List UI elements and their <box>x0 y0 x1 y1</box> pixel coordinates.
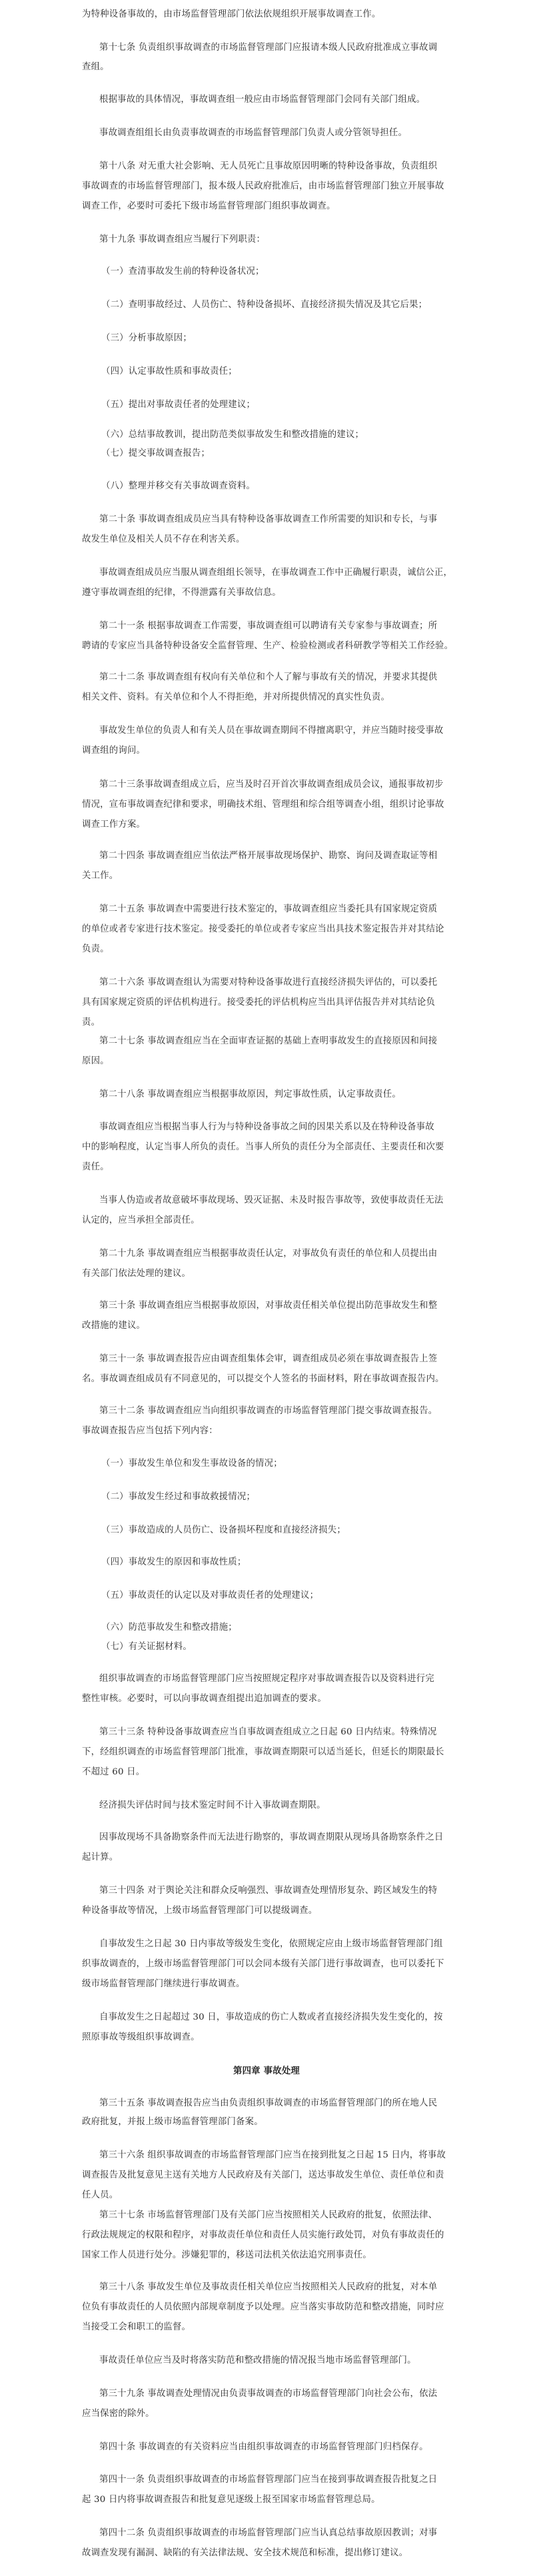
paragraph-first-line: 当事人伪造或者故意破坏事故现场、毁灭证据、未及时报告事故等，致使事故责任无法 <box>99 1195 479 1207</box>
text-line: 国家工作人员进行处分。涉嫌犯罪的，移送司法机关依法追究刑事责任。 <box>82 2250 462 2261</box>
list-item: （四）事故发生的原因和事故性质； <box>101 1557 481 1569</box>
paragraph-first-line: 第三十八条 事故发生单位及事故责任相关单位应当按照相关人民政府的批复，对本单 <box>99 2281 479 2293</box>
paragraph-first-line: 组织事故调查的市场监督管理部门应当按照规定程序对事故调查报告以及资料进行完 <box>99 1673 479 1685</box>
paragraph-first-line: 第二十二条 事故调查组有权向有关单位和个人了解与事故有关的情况，并要求其提供 <box>99 672 479 684</box>
text-line: 级市场监督管理部门继续进行事故调查。 <box>82 1978 462 1990</box>
text-line: 情况，宣布事故调查纪律和要求，明确技术组、管理组和综合组等调查小组，组织讨论事故 <box>82 799 462 811</box>
paragraph-first-line: 第二十条 事故调查组成员应当具有特种设备事故调查工作所需要的知识和专长，与事 <box>99 514 479 526</box>
paragraph-first-line: 第二十六条 事故调查组认为需要对特种设备事故进行直接经济损失评估的，可以委托 <box>99 977 479 989</box>
text-line: 政府批复，并报上级市场监督管理部门备案。 <box>82 2116 462 2128</box>
paragraph-first-line: 自事故发生之日起超过 30 日，事故造成的伤亡人数或者直接经济损失发生变化的，按 <box>99 2012 479 2024</box>
list-item: （四）认定事故性质和事故责任； <box>101 366 481 378</box>
text-line: 名。事故调查组成员有不同意见的，可以提交个人签名的书面材料，附在事故调查报告内。 <box>82 1373 462 1385</box>
text-line: 起 30 日内将事故调查报告和批复意见逐级上报至国家市场监督管理总局。 <box>82 2494 462 2506</box>
text-line: 责。 <box>82 1017 462 1029</box>
text-line: 织事故调查的，上级市场监督管理部门可以会同本级有关部门进行事故调查，也可以委托下 <box>82 1958 462 1970</box>
paragraph-first-line: 第十七条 负责组织事故调查的市场监督管理部门应报请本级人民政府批准成立事故调 <box>99 42 479 54</box>
text-line: 当接受工会和职工的监督。 <box>82 2321 462 2333</box>
list-item: （三）事故造成的人员伤亡、设备损坏程度和直接经济损失； <box>101 1525 481 1537</box>
paragraph-first-line: 因事故现场不具备勘察条件而无法进行勘察的，事故调查期限从现场具备勘察条件之日 <box>99 1832 479 1844</box>
paragraph-first-line: 第二十五条 事故调查中需要进行技术鉴定的，事故调查组应当委托具有国家规定资质 <box>99 904 479 916</box>
paragraph-first-line: 第二十九条 事故调查组应当根据事故责任认定，对事故负有责任的单位和人员提出由 <box>99 1248 479 1260</box>
list-item: （一）事故发生单位和发生事故设备的情况； <box>101 1458 481 1470</box>
paragraph-first-line: 第四十条 事故调查的有关资料应当由组织事故调查的市场监督管理部门归档保存。 <box>99 2441 479 2453</box>
text-line: 有关部门依法处理的建议。 <box>82 1268 462 1280</box>
text-line: 事故调查报告应当包括下列内容： <box>82 1425 462 1437</box>
paragraph-first-line: 经济损失评估时间与技术鉴定时间不计入事故调查期限。 <box>99 1800 479 1812</box>
paragraph-first-line: 第二十八条 事故调查组应当根据事故原因，判定事故性质，认定事故责任。 <box>99 1089 479 1101</box>
paragraph-first-line: 第四十二条 负责组织事故调查的市场监督管理部门应当认真总结事故原因教训；对事 <box>99 2527 479 2539</box>
text-line: 的单位或者专家进行技术鉴定。接受委托的单位或者专家应当出具技术鉴定报告并对其结论 <box>82 924 462 936</box>
paragraph-first-line: 根据事故的具体情况，事故调查组一般应由市场监督管理部门会同有关部门组成。 <box>99 94 479 106</box>
text-line: 认定的，应当承担全部责任。 <box>82 1215 462 1227</box>
list-item: （五）事故责任的认定以及对事故责任者的处理建议； <box>101 1590 481 1602</box>
text-line: 故发生单位及相关人员不存在利害关系。 <box>82 534 462 546</box>
paragraph-first-line: 第三十三条 特种设备事故调查应当自事故调查组成立之日起 60 日内结束。特殊情况 <box>99 1726 479 1738</box>
paragraph-first-line: 第二十一条 根据事故调查工作需要，事故调查组可以聘请有关专家参与事故调查；所 <box>99 620 479 632</box>
paragraph-first-line: 第三十一条 事故调查报告应由调查组集体会审，调查组成员必须在事故调查报告上签 <box>99 1353 479 1365</box>
list-item: （六）防范事故发生和整改措施； <box>101 1622 481 1634</box>
text-line: 责任。 <box>82 1161 462 1173</box>
text-line: 起计算。 <box>82 1852 462 1864</box>
paragraph-first-line: 第三十五条 事故调查报告应当由负责组织事故调查的市场监督管理部门的所在地人民 <box>99 2098 479 2110</box>
text-line: 种设备事故等情况，上级市场监督管理部门可以提级调查。 <box>82 1905 462 1917</box>
text-line: 原因。 <box>82 1055 462 1067</box>
paragraph-first-line: 第三十九条 事故调查处理情况由负责事故调查的市场监督管理部门向社会公布，依法 <box>99 2388 479 2400</box>
text-line: 调查组的询问。 <box>82 745 462 757</box>
text-line: 遵守事故调查组的纪律，不得泄露有关事故信息。 <box>82 587 462 599</box>
paragraph-first-line: 第十八条 对无重大社会影响、无人员死亡且事故原因明晰的特种设备事故，负责组织 <box>99 161 479 173</box>
paragraph-first-line: 第十九条 事故调查组应当履行下列职责： <box>99 234 479 246</box>
list-item: （八）整理并移交有关事故调查资料。 <box>101 480 481 492</box>
text-line: 下，经组织调查的市场监督管理部门批准，事故调查期限可以适当延长，但延长的期限最长 <box>82 1746 462 1758</box>
paragraph-first-line: 第三十条 事故调查组应当根据事故原因，对事故责任相关单位提出防范事故发生和整 <box>99 1300 479 1312</box>
text-line: 具有国家规定资质的评估机构进行。接受委托的评估机构应当出具评估报告并对其结论负 <box>82 997 462 1009</box>
paragraph-first-line: 第二十七条 事故调查组应当在全面审查证据的基础上查明事故发生的直接原因和间接 <box>99 1035 479 1047</box>
paragraph-first-line: 第二十三条事故调查组成立后，应当及时召开首次事故调查组成员会议，通报事故初步 <box>99 779 479 791</box>
text-line: 照原事故等级组织事故调查。 <box>82 2032 462 2044</box>
text-line: 事故调查的市场监督管理部门，报本级人民政府批准后，由市场监督管理部门独立开展事故 <box>82 181 462 193</box>
paragraph-first-line: 事故责任单位应当及时将落实防范和整改措施的情况报当地市场监督管理部门。 <box>99 2355 479 2367</box>
text-line: 调查工作方案。 <box>82 819 462 831</box>
text-line: 关工作。 <box>82 870 462 882</box>
list-item: （二）事故发生经过和事故救援情况； <box>101 1491 481 1503</box>
text-line: 中的影响程度，认定当事人所负的责任。当事人所负的责任分为全部责任、主要责任和次要 <box>82 1141 462 1153</box>
paragraph-first-line: 事故发生单位的负责人和有关人员在事故调查期间不得擅离职守，并应当随时接受事故 <box>99 725 479 737</box>
document-page: 为特种设备事故的，由市场监督管理部门依法依规组织开展事故调查工作。第十七条 负责… <box>0 0 533 2576</box>
text-line: 行政法规规定的权限和程序，对事故责任单位和责任人员实施行政处罚，对负有事故责任的 <box>82 2230 462 2242</box>
paragraph-first-line: 第三十四条 对于舆论关注和群众反响强烈、事故调查处理情形复杂、跨区域发生的特 <box>99 1885 479 1897</box>
paragraph-first-line: 第三十六条 组织事故调查的市场监督管理部门应当在接到批复之日起 15 日内，将事… <box>99 2150 479 2162</box>
list-item: （五）提出对事故责任者的处理建议； <box>101 399 481 411</box>
text-line: 负责。 <box>82 944 462 956</box>
list-item: （三）分析事故原因； <box>101 332 481 344</box>
text-line: 任人员。 <box>82 2190 462 2202</box>
list-item: （七）提交事故调查报告； <box>101 448 481 460</box>
paragraph-first-line: 第三十七条 市场监督管理部门及有关部门应当按照相关人民政府的批复，依照法律、 <box>99 2210 479 2222</box>
paragraph-first-line: 第四十一条 负责组织事故调查的市场监督管理部门应当在接到事故调查报告批复之日 <box>99 2474 479 2486</box>
list-item: （一）查清事故发生前的特种设备状况； <box>101 266 481 278</box>
text-line: 改措施的建议。 <box>82 1320 462 1332</box>
list-item: （二）查明事故经过、人员伤亡、特种设备损坏、直接经济损失情况及其它后果； <box>101 299 481 311</box>
text-line: 聘请的专家应当具备特种设备安全监督管理、生产、检验检测或者科研教学等相关工作经验… <box>82 640 462 652</box>
list-item: （六）总结事故教训，提出防范类似事故发生和整改措施的建议； <box>101 429 481 441</box>
text-line: 不超过 60 日。 <box>82 1766 462 1778</box>
text-line: 位负有事故责任的人员依照内部规章制度予以处理。应当落实事故防范和整改措施，同时应 <box>82 2301 462 2313</box>
text-line: 整性审核。必要时，可以向事故调查组提出追加调查的要求。 <box>82 1693 462 1705</box>
paragraph-first-line: 自事故发生之日起 30 日内事故等级发生变化，依照规定应由上级市场监督管理部门组 <box>99 1938 479 1950</box>
paragraph-first-line: 第二十四条 事故调查组应当依法严格开展事故现场保护、勘察、询问及调查取证等相 <box>99 850 479 862</box>
chapter-heading: 第四章 事故处理 <box>0 2065 533 2077</box>
text-line: 故调查发现有漏洞、缺陷的有关法律法规、安全技术规范和标准，提出修订建议。 <box>82 2547 462 2559</box>
paragraph-first-line: 第三十二条 事故调查组应当向组织事故调查的市场监督管理部门提交事故调查报告。 <box>99 1405 479 1417</box>
list-item: （七）有关证据材料。 <box>101 1641 481 1653</box>
paragraph-first-line: 事故调查组成员应当服从调查组组长领导，在事故调查工作中正确履行职责，诚信公正， <box>99 567 479 579</box>
text-line: 调查工作，必要时可委托下级市场监督管理部门组织事故调查。 <box>82 201 462 213</box>
text-line: 相关文件、资料。有关单位和个人不得拒绝，并对所提供情况的真实性负责。 <box>82 692 462 704</box>
text-line: 应当保密的除外。 <box>82 2408 462 2420</box>
text-line: 调查报告及批复意见主送有关地方人民政府及有关部门，送达事故发生单位、责任单位和责 <box>82 2170 462 2182</box>
text-line: 为特种设备事故的，由市场监督管理部门依法依规组织开展事故调查工作。 <box>82 9 462 21</box>
paragraph-first-line: 事故调查组组长由负责事故调查的市场监督管理部门负责人或分管领导担任。 <box>99 127 479 139</box>
paragraph-first-line: 事故调查组应当根据当事人行为与特种设备事故之间的因果关系以及在特种设备事故 <box>99 1121 479 1133</box>
text-line: 查组。 <box>82 61 462 73</box>
